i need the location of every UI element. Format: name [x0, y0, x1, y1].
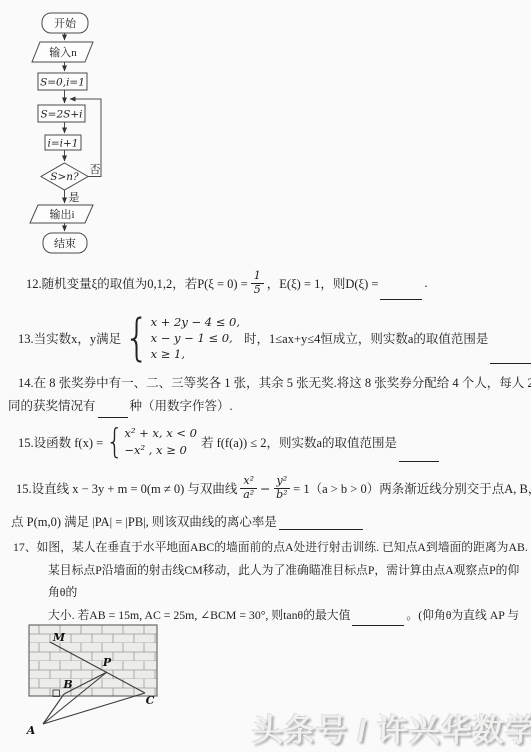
p13-case-2: x − y − 1 ≤ 0,: [151, 330, 240, 346]
p12-text-2: ，E(ξ) = 1，则D(ξ) =: [267, 274, 379, 292]
p15b-text-3: 点 P(m,0) 满足 |PA| = |PB|, 则该双曲线的离心率是: [11, 512, 277, 530]
p13-cases-brace: {: [124, 309, 149, 367]
p15b-fraction-1-denominator: a²: [242, 489, 255, 501]
problem-13: 13.当实数x，y满足 { x + 2y − 4 ≤ 0, x − y − 1 …: [18, 312, 531, 364]
p15a-case-2: −x² , x ≥ 0: [124, 442, 197, 459]
figure-label-A: A: [26, 724, 36, 737]
p15b-fraction-2-numerator: y²: [274, 475, 291, 488]
p15b-fraction-2-denominator: b²: [275, 489, 288, 501]
p17-line-2: 某目标点P沿墙面的射击线CM移动，此人为了准确瞄准目标点P，需计算由点A观察点P…: [48, 559, 531, 604]
p15b-line-2: 点 P(m,0) 满足 |PA| = |PB|, 则该双曲线的离心率是: [11, 512, 531, 530]
flowchart: 开始 输入n S=0,i=1 S=2S+i i=i+1 S>n? 否 是 输出i…: [0, 0, 150, 262]
p12-fraction-numerator: 1: [251, 270, 264, 283]
problem-14: 14.在 8 张奖券中有一、二、三等奖各 1 张，其余 5 张无奖.将这 8 张…: [8, 372, 531, 418]
p15b-minus-sign: −: [260, 481, 270, 496]
flowchart-increment-label: i=i+1: [48, 138, 79, 150]
p15a-text-1: 15.设函数 f(x) =: [18, 433, 103, 451]
p12-answer-blank: [380, 286, 422, 300]
line-A-C: [43, 693, 145, 724]
p14-answer-blank: [98, 404, 128, 418]
p14-text-3: 种（用数字作答）.: [130, 395, 233, 418]
p12-text-3: .: [424, 276, 427, 291]
flowchart-output-label: 输出i: [49, 207, 74, 221]
p15a-text-2: 若 f(f(a)) ≤ 2，则实数a的取值范围是: [201, 433, 397, 451]
p13-case-1: x + 2y − 4 ≤ 0,: [151, 314, 240, 330]
p12-fraction: 1 5: [251, 270, 264, 295]
brick-wall: [29, 625, 157, 696]
p14-line-2: 同的获奖情况有 种（用数字作答）.: [8, 395, 531, 418]
p15b-answer-blank: [279, 516, 363, 530]
p13-answer-blank: [490, 350, 531, 364]
p13-case-3: x ≥ 1,: [151, 346, 240, 362]
p17-text-1: 17、如图，某人在垂直于水平地面ABC的墙面前的点A处进行射击训练. 已知点A到…: [13, 540, 528, 554]
flowchart-init-label: S=0,i=1: [40, 77, 85, 89]
p15b-fraction-1-numerator: x²: [240, 475, 257, 488]
problem-15-hyperbola: 15.设直线 x − 3y + m = 0(m ≠ 0) 与双曲线 x² a² …: [16, 470, 531, 530]
p12-text-1: 12.随机变量ξ的取值为0,1,2，若P(ξ = 0) =: [26, 274, 248, 292]
flowchart-start-label: 开始: [54, 16, 77, 30]
flowchart-no-label: 否: [90, 163, 101, 176]
p14-line-1: 14.在 8 张奖券中有一、二、三等奖各 1 张，其余 5 张无奖.将这 8 张…: [8, 372, 531, 395]
p15a-case-1: x² + x, x < 0: [124, 425, 197, 442]
flowchart-input-label: 输入n: [49, 45, 77, 59]
flowchart-assign-label: S=2S+i: [40, 109, 82, 121]
p15b-text-1: 15.设直线 x − 3y + m = 0(m ≠ 0) 与双曲线: [16, 479, 237, 497]
p13-text-1: 13.当实数x，y满足: [18, 329, 121, 347]
figure-label-C: C: [146, 694, 155, 707]
p12-fraction-denominator: 5: [253, 284, 262, 296]
p17-text-2: 某目标点P沿墙面的射击线CM移动，此人为了准确瞄准目标点P，需计算由点A观察点P…: [48, 563, 519, 600]
p15b-fraction-1: x² a²: [240, 475, 257, 500]
flowchart-end-label: 结束: [54, 236, 76, 250]
problem-17-figure: M P B C A: [14, 608, 199, 752]
p14-text-2: 同的获奖情况有: [8, 395, 96, 418]
p15a-cases: x² + x, x < 0 −x² , x ≥ 0: [124, 425, 197, 459]
p17-text-4: 。(仰角θ为直线 AP 与: [406, 604, 519, 627]
watermark: 头条号 / 许兴华数学: [252, 705, 531, 750]
flowchart-yes-label: 是: [69, 191, 80, 204]
p15a-answer-blank: [399, 448, 439, 462]
p15b-fraction-2: y² b²: [274, 475, 291, 500]
p13-cases: x + 2y − 4 ≤ 0, x − y − 1 ≤ 0, x ≥ 1,: [151, 314, 240, 362]
problem-15-piecewise: 15.设函数 f(x) = { x² + x, x < 0 −x² , x ≥ …: [18, 422, 441, 462]
flowchart-decision-label: S>n?: [50, 171, 79, 183]
p17-line-1: 17、如图，某人在垂直于水平地面ABC的墙面前的点A处进行射击训练. 已知点A到…: [13, 536, 531, 559]
figure-label-P: P: [102, 656, 112, 669]
p15b-text-2: = 1（a > b > 0）两条渐近线分别交于点A, B，若: [293, 479, 531, 497]
figure-label-M: M: [52, 631, 66, 644]
problem-12: 12.随机变量ξ的取值为0,1,2，若P(ξ = 0) = 1 5 ，E(ξ) …: [26, 266, 428, 300]
p14-text-1: 14.在 8 张奖券中有一、二、三等奖各 1 张，其余 5 张无奖.将这 8 张…: [18, 372, 531, 395]
p13-text-2: 时，1≤ax+y≤4恒成立，则实数a的取值范围是: [244, 329, 488, 347]
figure-label-B: B: [62, 678, 72, 691]
p17-answer-blank: [352, 613, 404, 626]
p15a-cases-brace: {: [106, 423, 123, 462]
p15b-line-1: 15.设直线 x − 3y + m = 0(m ≠ 0) 与双曲线 x² a² …: [16, 470, 531, 506]
